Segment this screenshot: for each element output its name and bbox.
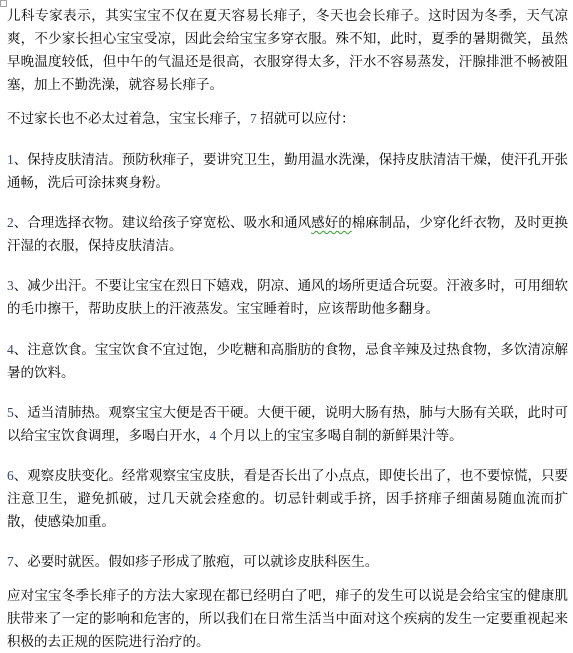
paragraph-text: 、合理选择衣物。建议给孩子穿宽松、吸水和通风 <box>14 215 311 230</box>
object-anchor-icon <box>0 0 7 7</box>
digit-text: 7 <box>250 111 257 126</box>
closing-paragraph: 应对宝宝冬季长痱子的方法大家现在都已经明白了吧，痱子的发生可以说是会给宝宝的健康… <box>7 584 568 653</box>
article-body: 儿科专家表示，其实宝宝不仅在夏天容易长痱子，冬天也会长痱子。这时因为冬季，天气凉… <box>0 0 573 653</box>
paragraph-text: 、减少出汗。不要让宝宝在烈日下嬉戏，阴凉、通风的场所更适合玩耍。汗液多时，可用细… <box>7 278 568 316</box>
paragraph-text: 个月以上的宝宝多喝自制的新鲜果汁等。 <box>216 428 462 443</box>
tip-7-paragraph: 7、必要时就医。假如疹子形成了脓疱，可以就诊皮肤科医生。 <box>7 550 568 573</box>
tip-6-paragraph: 6、观察皮肤变化。经常观察宝宝皮肤，看是否长出了小点点，即使长出了，也不要惊慌，… <box>7 464 568 533</box>
tip-5-paragraph: 5、适当清肺热。观察宝宝大便是否干硬。大便干硬，说明大肠有热，肺与大肠有关联，此… <box>7 401 568 447</box>
list-number: 1 <box>7 152 14 167</box>
spellcheck-underlined-text: 感好的 <box>311 215 352 230</box>
list-number: 7 <box>7 554 14 569</box>
tip-1-paragraph: 1、保持皮肤清洁。预防秋痱子，要讲究卫生，勤用温水洗澡，保持皮肤清洁干燥，使汗孔… <box>7 148 568 194</box>
paragraph-text: 、必要时就医。假如疹子形成了脓疱，可以就诊皮肤科医生。 <box>14 554 379 569</box>
list-number: 3 <box>7 278 14 293</box>
tip-4-paragraph: 4、注意饮食。宝宝饮食不宜过饱，少吃糖和高脂肪的食物，忌食辛辣及过热食物，多饮清… <box>7 338 568 384</box>
paragraph-text: 招就可以应付： <box>257 111 355 126</box>
list-number: 5 <box>7 405 14 420</box>
lead-in-paragraph: 不过家长也不必太过着急，宝宝长痱子，7 招就可以应付： <box>7 107 568 130</box>
list-number: 4 <box>7 342 14 357</box>
tip-2-paragraph: 2、合理选择衣物。建议给孩子穿宽松、吸水和通风感好的棉麻制品，少穿化纤衣物，及时… <box>7 211 568 257</box>
tip-3-paragraph: 3、减少出汗。不要让宝宝在烈日下嬉戏，阴凉、通风的场所更适合玩耍。汗液多时，可用… <box>7 274 568 320</box>
paragraph-text: 、保持皮肤清洁。预防秋痱子，要讲究卫生，勤用温水洗澡，保持皮肤清洁干燥，使汗孔开… <box>7 152 568 190</box>
intro-paragraph: 儿科专家表示，其实宝宝不仅在夏天容易长痱子，冬天也会长痱子。这时因为冬季，天气凉… <box>7 4 568 96</box>
list-number: 2 <box>7 215 14 230</box>
paragraph-text: 、观察皮肤变化。经常观察宝宝皮肤，看是否长出了小点点，即使长出了，也不要惊慌，只… <box>7 468 568 529</box>
list-number: 6 <box>7 468 14 483</box>
paragraph-text: 儿科专家表示，其实宝宝不仅在夏天容易长痱子，冬天也会长痱子。这时因为冬季，天气凉… <box>7 8 568 92</box>
paragraph-text: 应对宝宝冬季长痱子的方法大家现在都已经明白了吧，痱子的发生可以说是会给宝宝的健康… <box>7 588 568 649</box>
paragraph-text: 不过家长也不必太过着急，宝宝长痱子， <box>7 111 250 126</box>
paragraph-text: 、注意饮食。宝宝饮食不宜过饱，少吃糖和高脂肪的食物，忌食辛辣及过热食物，多饮清凉… <box>7 342 568 380</box>
